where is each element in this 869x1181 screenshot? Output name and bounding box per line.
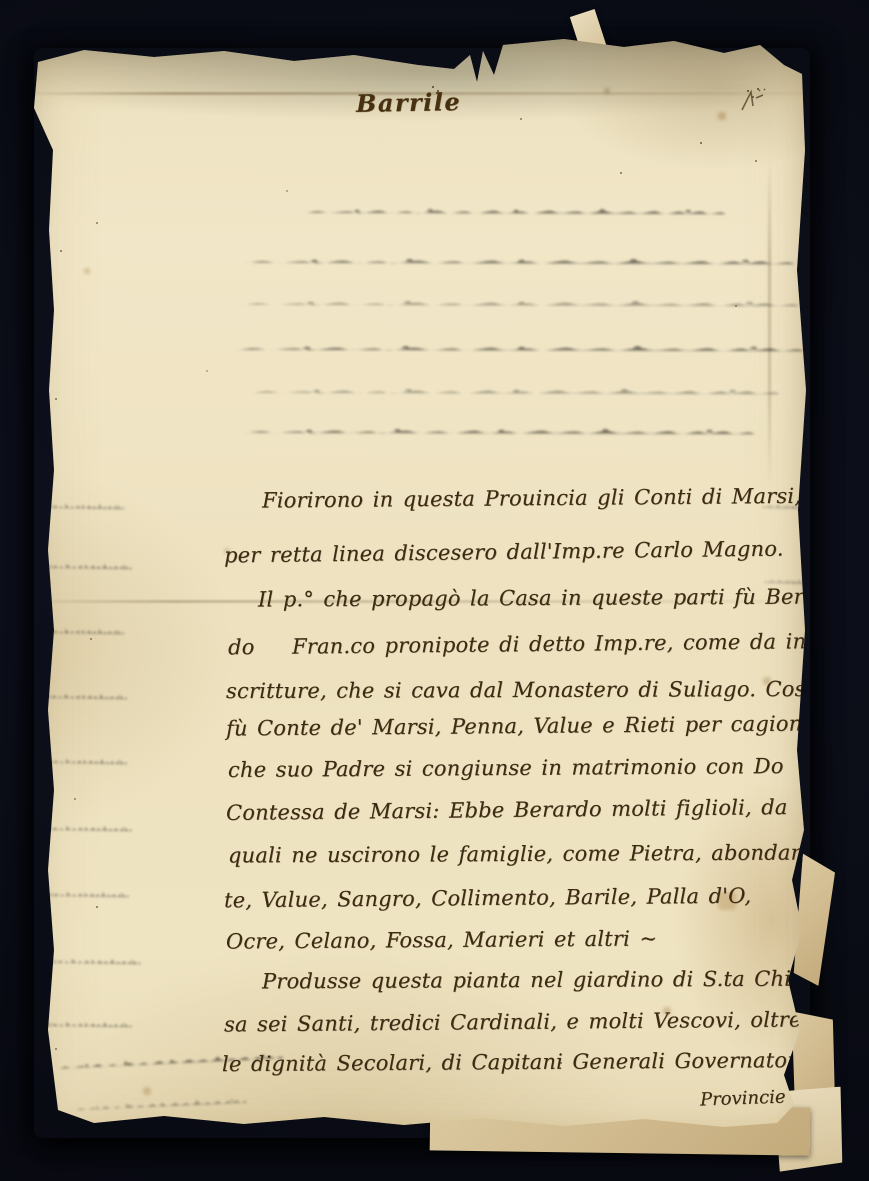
bleedthrough-fragment: [38, 560, 133, 575]
manuscript-line: Il p.° che propagò la Casa in queste par…: [258, 585, 827, 612]
bleedthrough-fragment: [40, 500, 125, 515]
manuscript-line: le dignità Secolari, di Capitani General…: [222, 1048, 834, 1076]
ink-speckles: [26, 30, 28, 32]
manuscript-line: Fiorirono in questa Prouincia gli Conti …: [262, 483, 849, 512]
bleedthrough-line: [245, 385, 785, 400]
bleedthrough-fragment: [40, 888, 130, 903]
bleedthrough-line: [240, 255, 800, 270]
vertical-crease: [768, 158, 771, 488]
bleedthrough-fragment: [38, 822, 133, 837]
bleedthrough-fragment: [38, 1018, 133, 1033]
manuscript-line: sa sei Santi, tredici Cardinali, e molti…: [224, 1007, 802, 1036]
manuscript-title: Barrile: [356, 87, 462, 118]
manuscript-line: che suo Padre si congiunse in matrimonio…: [228, 754, 784, 782]
manuscript-line: Produsse questa pianta nel giardino di S…: [262, 967, 804, 994]
manuscript-line: Ocre, Celano, Fossa, Marieri et altri ~: [226, 926, 657, 953]
corner-pen-mark: [736, 86, 770, 116]
manuscript-line: te, Value, Sangro, Collimento, Barile, P…: [224, 884, 751, 913]
bleedthrough-line: [240, 425, 760, 440]
manuscript-line: quali ne uscirono le famiglie, come Piet…: [228, 840, 804, 867]
manuscript-line: fù Conte de' Marsi, Penna, Value e Rieti…: [226, 711, 815, 740]
paper-sheet: Barrile Fiorirono in questa Prouincia gl…: [26, 30, 818, 1152]
bleedthrough-fragment: [38, 690, 128, 705]
bleedthrough-line: [235, 297, 805, 312]
bleedthrough-fragment: [42, 955, 142, 970]
manuscript-line: do Fran.co pronipote di detto Imp.re, co…: [228, 629, 863, 660]
manuscript-line: scritture, che si cava dal Monastero di …: [226, 677, 835, 703]
bleedthrough-line: [230, 342, 810, 357]
bleedthrough-line: [300, 205, 730, 220]
manuscript-photo: Barrile Fiorirono in questa Prouincia gl…: [0, 0, 869, 1181]
bleedthrough-line: [74, 1093, 250, 1117]
catchword: Provincie: [700, 1087, 786, 1111]
manuscript-line: Contessa de Marsi: Ebbe Berardo molti fi…: [226, 795, 788, 825]
manuscript-line: per retta linea discesero dall'Imp.re Ca…: [224, 537, 784, 568]
foxing-stains: [26, 30, 28, 32]
bleedthrough-fragment: [40, 755, 128, 770]
